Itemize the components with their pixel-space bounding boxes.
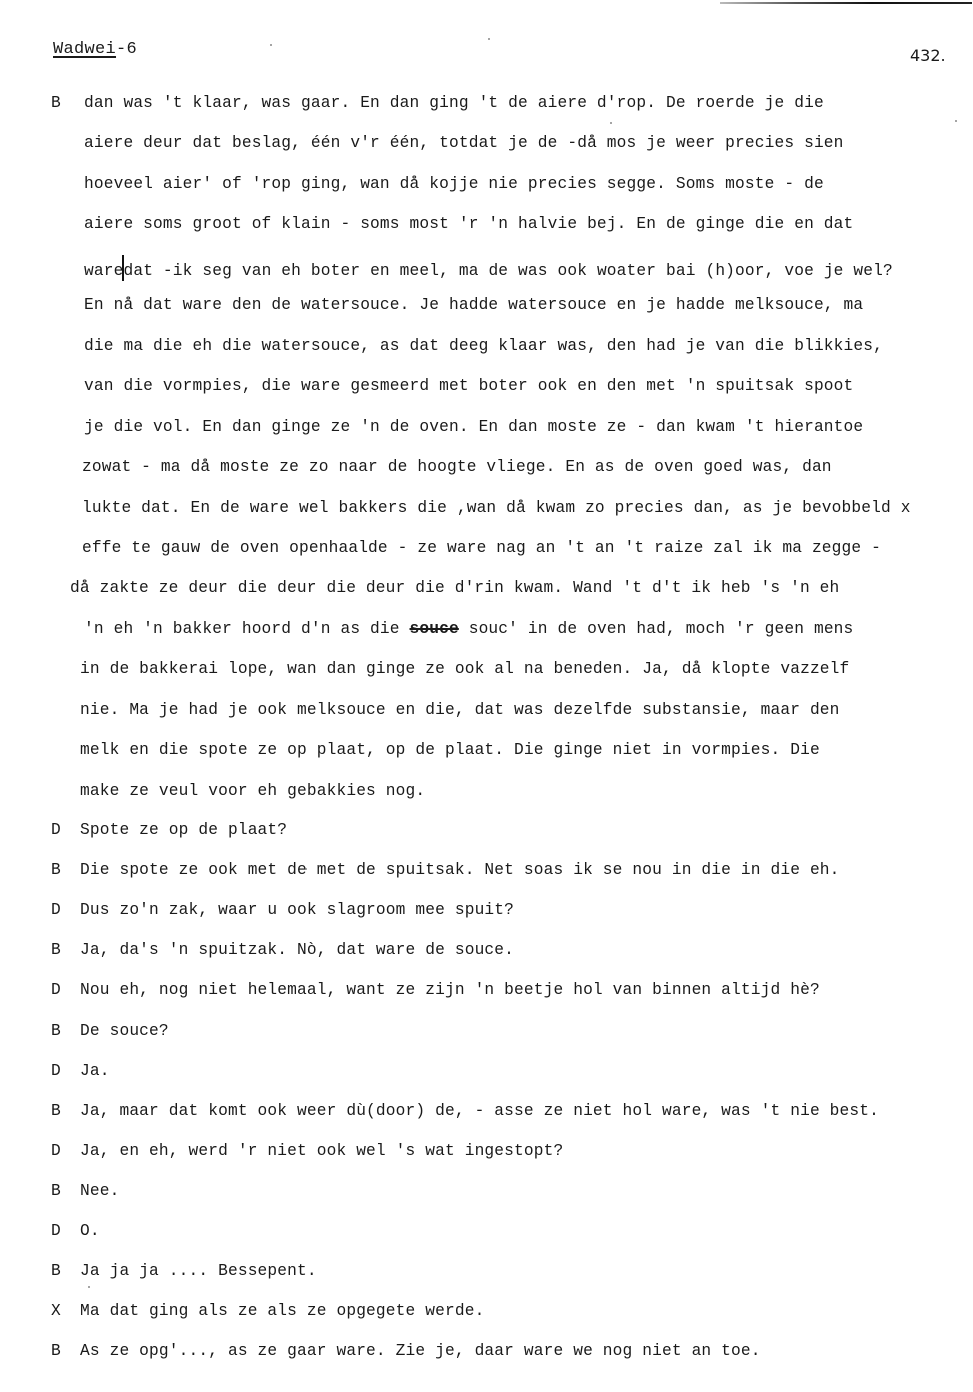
dialogue-line: Ja, en eh, werd 'r niet ook wel 's wat i… xyxy=(80,1141,563,1161)
speaker-label: X xyxy=(51,1301,61,1321)
dialogue-line: Ja ja ja .... Bessepent. xyxy=(80,1261,317,1281)
dialogue-line: Ja. xyxy=(80,1061,110,1081)
speaker-label: B xyxy=(51,940,61,960)
line-text: dat -ik seg van eh boter en meel, ma de … xyxy=(123,262,892,280)
speaker-label: D xyxy=(51,1221,61,1241)
transcript-line: effe te gauw de oven openhaalde - ze war… xyxy=(82,538,881,558)
page-number: 432. xyxy=(910,46,946,65)
transcript-line: då zakte ze deur die deur die deur die d… xyxy=(70,578,839,598)
transcript-line: En nå dat ware den de watersouce. Je had… xyxy=(84,295,863,315)
scan-edge-rule xyxy=(720,2,972,4)
dialogue-line: Ma dat ging als ze als ze opgegete werde… xyxy=(80,1301,484,1321)
transcript-line: hoeveel aier' of 'rop ging, wan då kojje… xyxy=(84,174,824,194)
transcript-line: die ma die eh die watersouce, as dat dee… xyxy=(84,336,883,356)
dialogue-line: Ja, maar dat komt ook weer dù(door) de, … xyxy=(80,1101,879,1121)
dialogue-line: O. xyxy=(80,1221,100,1241)
transcript-line: nie. Ma je had je ook melksouce en die, … xyxy=(80,700,840,720)
transcript-line: je die vol. En dan ginge ze 'n de oven. … xyxy=(84,417,863,437)
header-title-suffix: -6 xyxy=(116,40,137,59)
transcript-line: dan was 't klaar, was gaar. En dan ging … xyxy=(84,93,824,113)
speaker-label: B xyxy=(51,1261,61,1281)
speaker-label: B xyxy=(51,860,61,880)
scan-speck xyxy=(88,1286,90,1288)
speaker-label: B xyxy=(51,1101,61,1121)
speaker-label: D xyxy=(51,820,61,840)
transcript-line: 'n eh 'n bakker hoord d'n as die souce s… xyxy=(84,619,853,639)
dialogue-line: Nou eh, nog niet helemaal, want ze zijn … xyxy=(80,980,820,1000)
dialogue-line: Die spote ze ook met de met de spuitsak.… xyxy=(80,860,840,880)
transcript-line: van die vormpies, die ware gesmeerd met … xyxy=(84,376,853,396)
speaker-label: B xyxy=(51,1181,61,1201)
speaker-label: D xyxy=(51,980,61,1000)
scan-speck xyxy=(955,120,957,122)
transcript-line: in de bakkerai lope, wan dan ginge ze oo… xyxy=(80,659,849,679)
speaker-label: D xyxy=(51,1061,61,1081)
line-text: 'n eh 'n bakker hoord d'n as die xyxy=(84,620,410,638)
dialogue-line: Nee. xyxy=(80,1181,119,1201)
dialogue-line: Ja, da's 'n spuitzak. Nò, dat ware de so… xyxy=(80,940,514,960)
scan-speck xyxy=(488,38,490,40)
dialogue-line: As ze opg'..., as ze gaar ware. Zie je, … xyxy=(80,1341,761,1361)
struck-word: souce xyxy=(410,620,459,638)
scan-speck xyxy=(270,44,272,46)
speaker-label: B xyxy=(51,1341,61,1361)
dialogue-line: Spote ze op de plaat? xyxy=(80,820,287,840)
transcript-line: zowat - ma då moste ze zo naar de hoogte… xyxy=(82,457,832,477)
dialogue-line: Dus zo'n zak, waar u ook slagroom mee sp… xyxy=(80,900,514,920)
transcript-line: melk en die spote ze op plaat, op de pla… xyxy=(80,740,820,760)
document-header: Wadwei-6 xyxy=(53,40,137,59)
scan-speck xyxy=(610,122,612,124)
transcript-line: lukte dat. En de ware wel bakkers die ,w… xyxy=(82,498,911,518)
transcript-line: waredat -ik seg van eh boter en meel, ma… xyxy=(84,255,893,281)
transcript-line: aiere deur dat beslag, één v'r één, totd… xyxy=(84,133,844,153)
speaker-label: B xyxy=(51,1021,61,1041)
speaker-label: B xyxy=(51,93,61,113)
transcript-line: aiere soms groot of klain - soms most 'r… xyxy=(84,214,853,234)
speaker-label: D xyxy=(51,1141,61,1161)
dialogue-line: De souce? xyxy=(80,1021,169,1041)
line-text: souc' in de oven had, moch 'r geen mens xyxy=(459,620,854,638)
transcript-line: make ze veul voor eh gebakkies nog. xyxy=(80,781,425,801)
speaker-label: D xyxy=(51,900,61,920)
header-title-underlined: Wadwei xyxy=(53,40,116,59)
line-text: ware xyxy=(84,262,123,280)
scan-speck xyxy=(305,868,307,870)
